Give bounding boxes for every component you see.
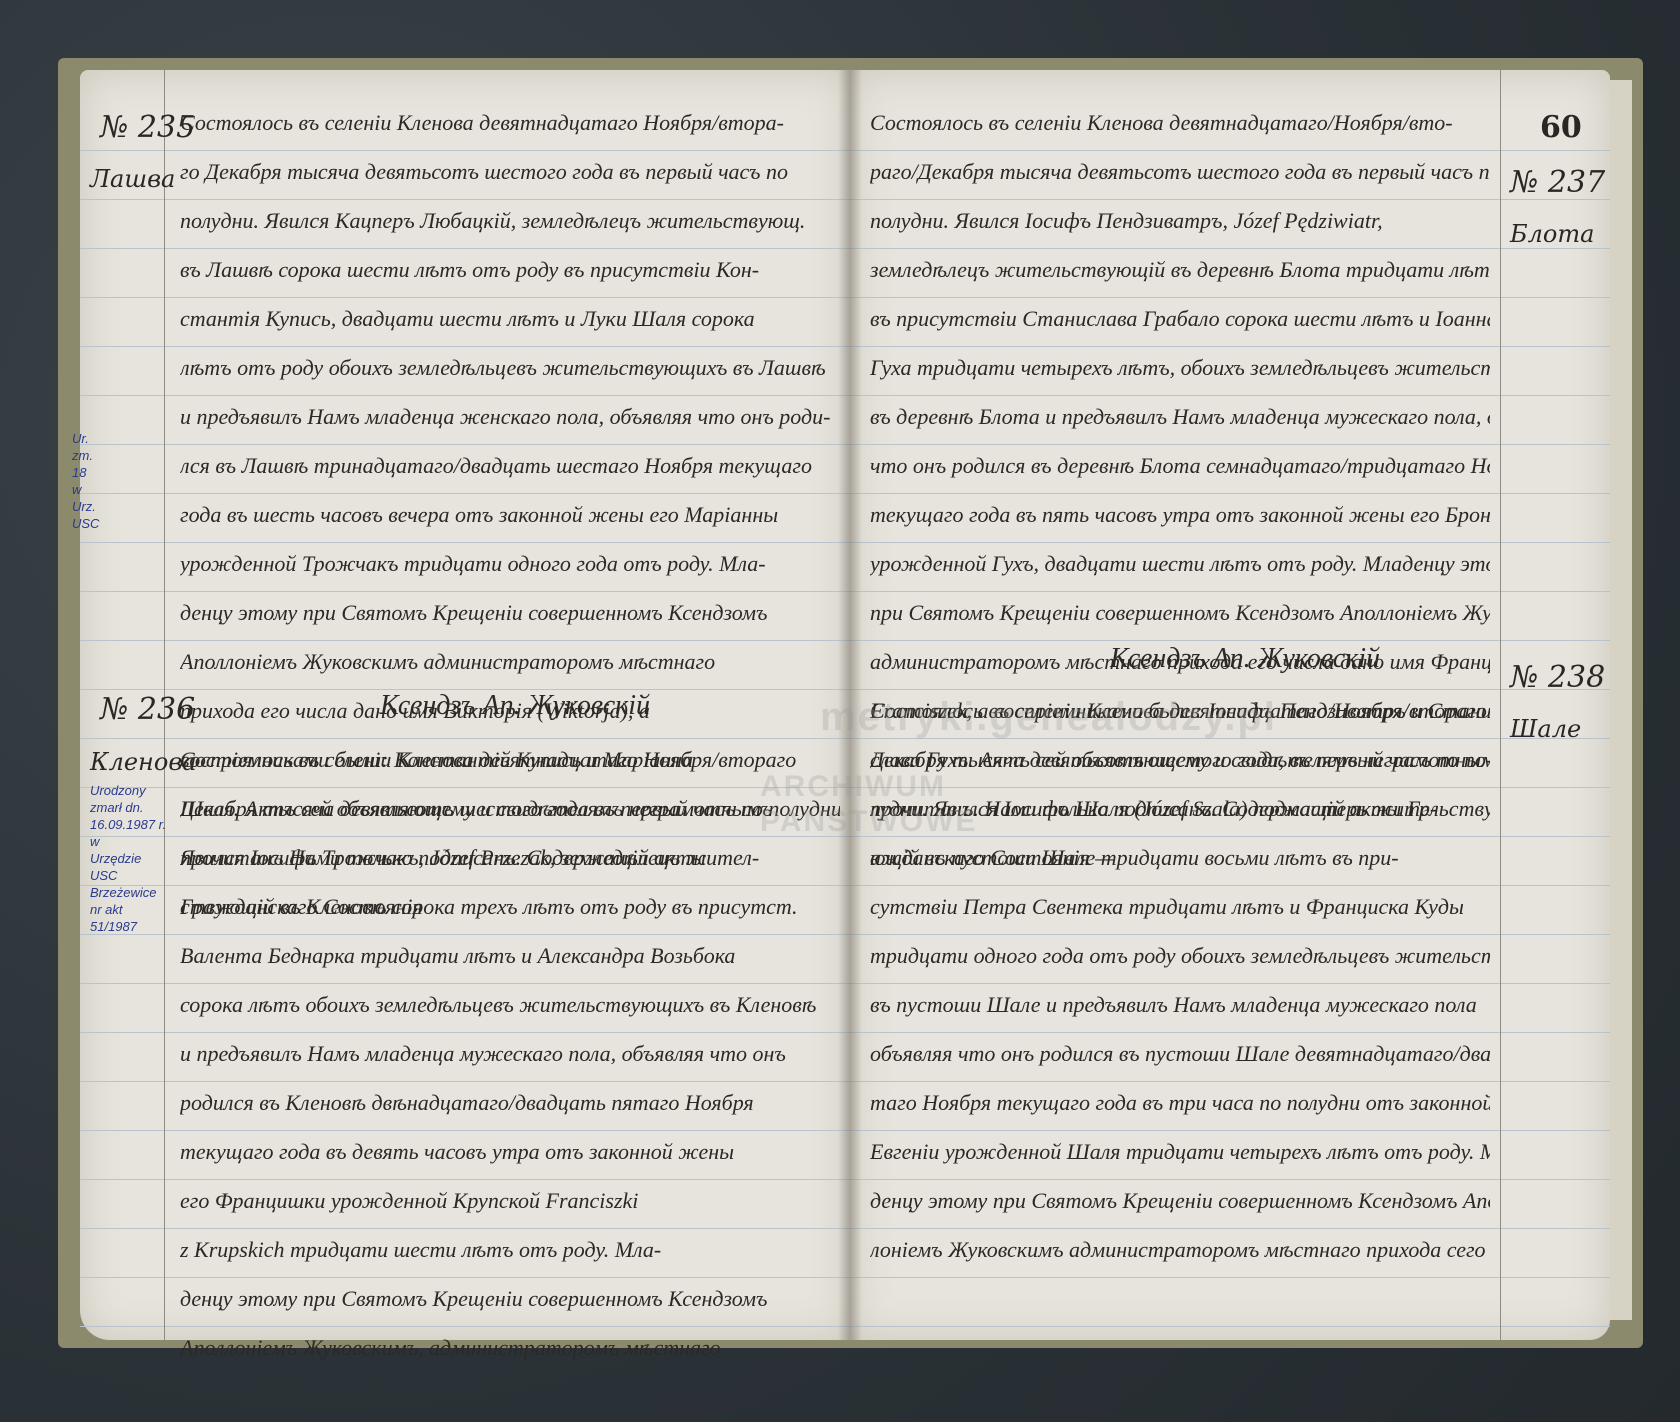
watermark-archive: ARCHIWUM — [760, 770, 946, 804]
watermark-site: metryki.genealodzy.pl — [820, 695, 1277, 740]
entry-place: Блота — [1510, 220, 1594, 248]
signature-237: Ксендзъ Ап. Жуковскій — [1110, 643, 1380, 675]
entry-number: № 238 — [1510, 660, 1605, 695]
entry-number: № 236 — [100, 692, 195, 727]
signature-235: Ксендзъ Ап. Жуковскій — [380, 690, 650, 722]
entry-text-238: Состоялось въ селеніи Кленова девятнадца… — [870, 686, 1490, 1274]
right-page-stack — [1610, 80, 1632, 1320]
entry-place: Лашва — [90, 165, 175, 193]
margin-mark: Ur. zm. 18 w Urz. USC — [72, 430, 132, 532]
entry-number: № 237 — [1510, 165, 1605, 200]
left-page: № 235 Лашва Ur. zm. 18 w Urz. USC Состоя… — [80, 70, 850, 1340]
entry-place: Шале — [1510, 715, 1581, 743]
margin-note-pencil: Urodzony zmarł dn. 16.09.1987 r. w Urzęd… — [90, 782, 170, 935]
margin-rule — [1500, 70, 1501, 1340]
entry-text-236: Состоялось въ селеніи Кленова девятнадца… — [180, 735, 840, 1372]
watermark-archive-2: PAŃSTWOWE — [760, 805, 977, 839]
page-number: 60 — [1540, 110, 1582, 145]
